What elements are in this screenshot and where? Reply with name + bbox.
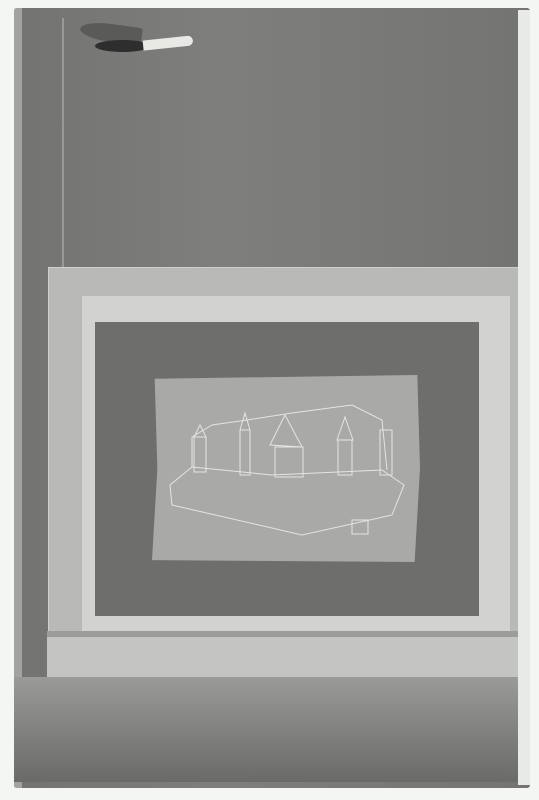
frame-shelf [47,631,521,683]
castle-sketch-icon [152,375,420,562]
plate-right-edge [518,10,530,785]
plate-edge [14,8,22,788]
castle-drawing [152,375,420,562]
floor-area [14,677,520,782]
